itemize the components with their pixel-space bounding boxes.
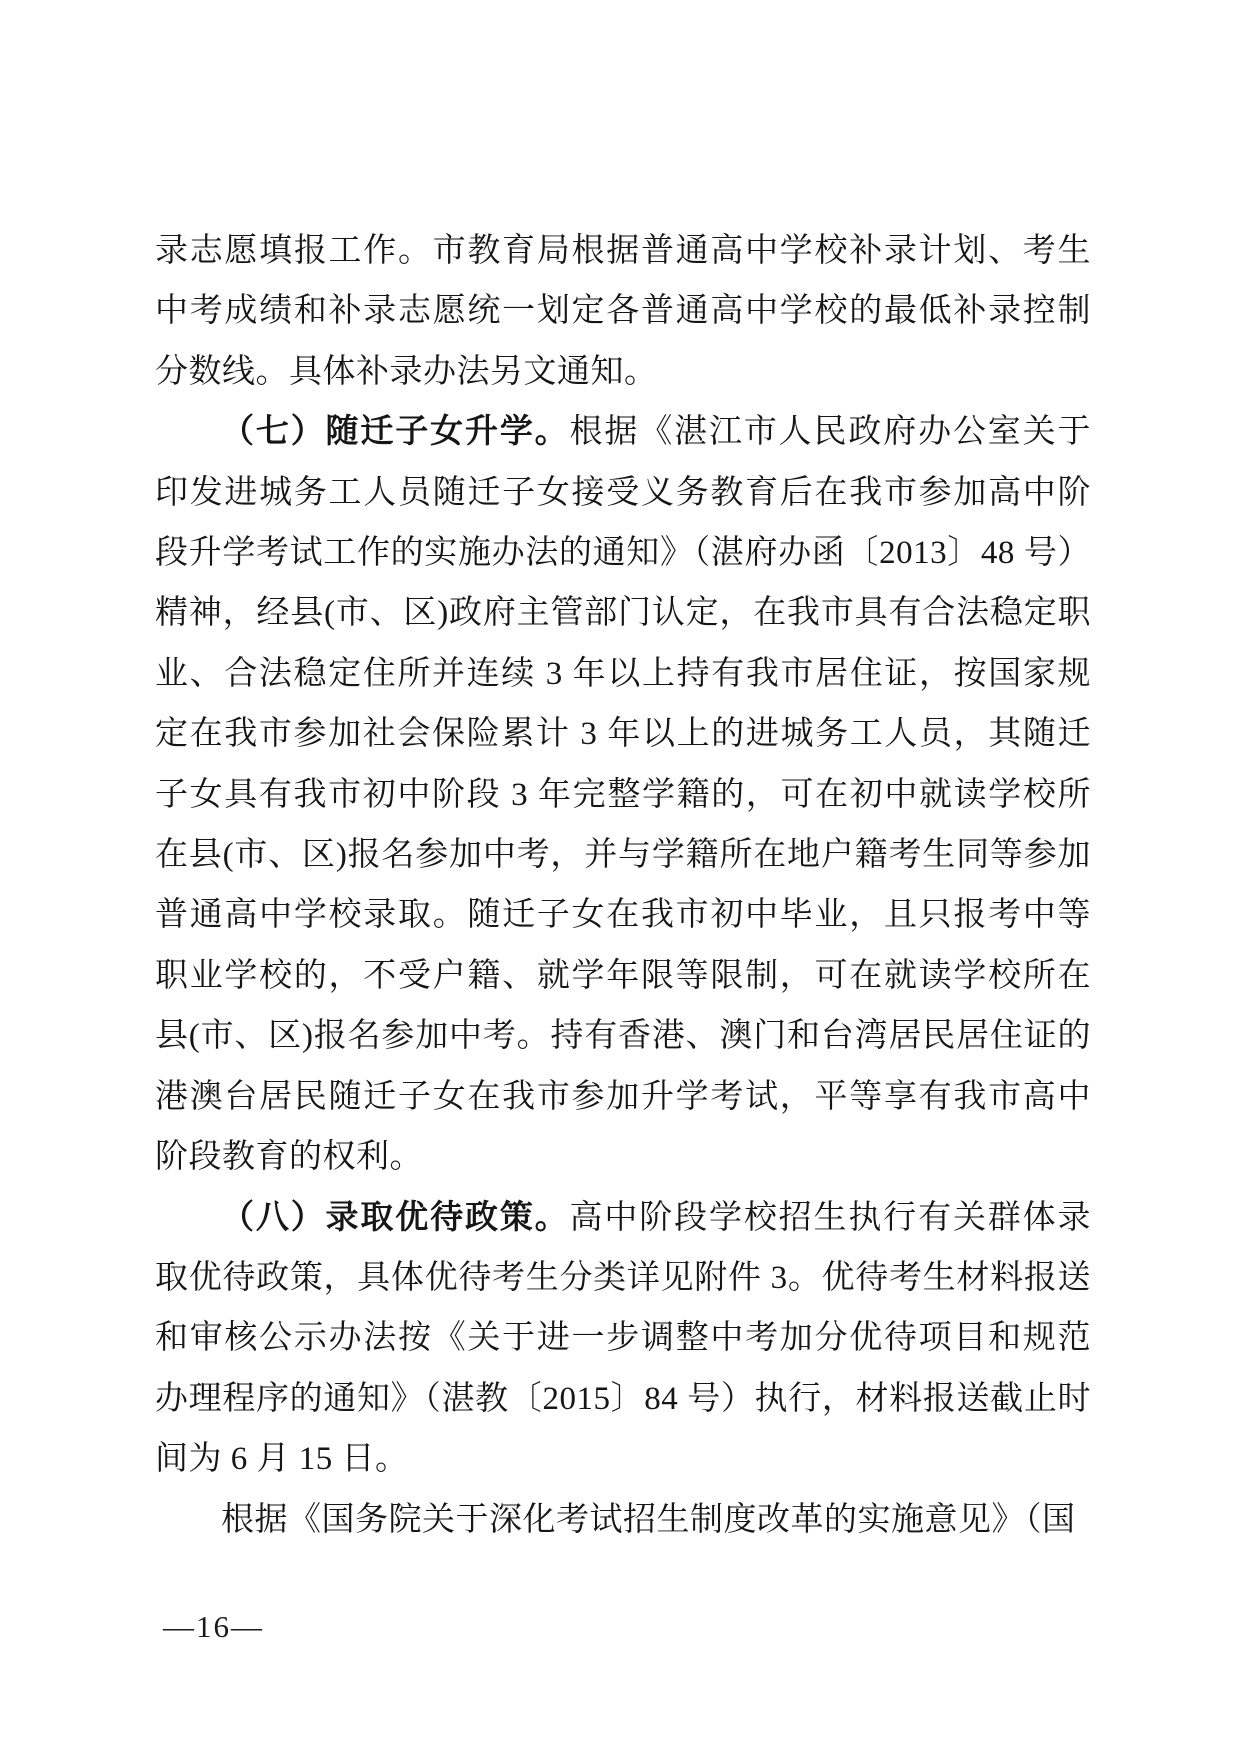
- paragraph-text: 根据《湛江市人民政府办公室关于印发进城务工人员随迁子女接受义务教育后在我市参加高…: [155, 414, 1091, 1175]
- paragraph-text: 根据《国务院关于深化考试招生制度改革的实施意见》（国: [221, 1502, 1076, 1538]
- document-page: 录志愿填报工作。市教育局根据普通高中学校补录计划、考生中考成绩和补录志愿统一划定…: [0, 0, 1240, 1754]
- paragraph: 根据《国务院关于深化考试招生制度改革的实施意见》（国: [155, 1490, 1091, 1550]
- text-block: 录志愿填报工作。市教育局根据普通高中学校补录计划、考生中考成绩和补录志愿统一划定…: [155, 221, 1091, 1550]
- paragraph-text: 高中阶段学校招生执行有关群体录取优待政策，具体优待考生分类详见附件 3。优待考生…: [155, 1200, 1091, 1478]
- paragraph: （八）录取优待政策。高中阶段学校招生执行有关群体录取优待政策，具体优待考生分类详…: [155, 1188, 1091, 1490]
- paragraph-heading: （八）录取优待政策。: [221, 1200, 570, 1236]
- paragraph: 录志愿填报工作。市教育局根据普通高中学校补录计划、考生中考成绩和补录志愿统一划定…: [155, 221, 1091, 402]
- page-number: —16—: [163, 1605, 264, 1649]
- paragraph-heading: （七）随迁子女升学。: [221, 414, 570, 450]
- paragraph-text: 录志愿填报工作。市教育局根据普通高中学校补录计划、考生中考成绩和补录志愿统一划定…: [155, 233, 1091, 390]
- paragraph: （七）随迁子女升学。根据《湛江市人民政府办公室关于印发进城务工人员随迁子女接受义…: [155, 402, 1091, 1187]
